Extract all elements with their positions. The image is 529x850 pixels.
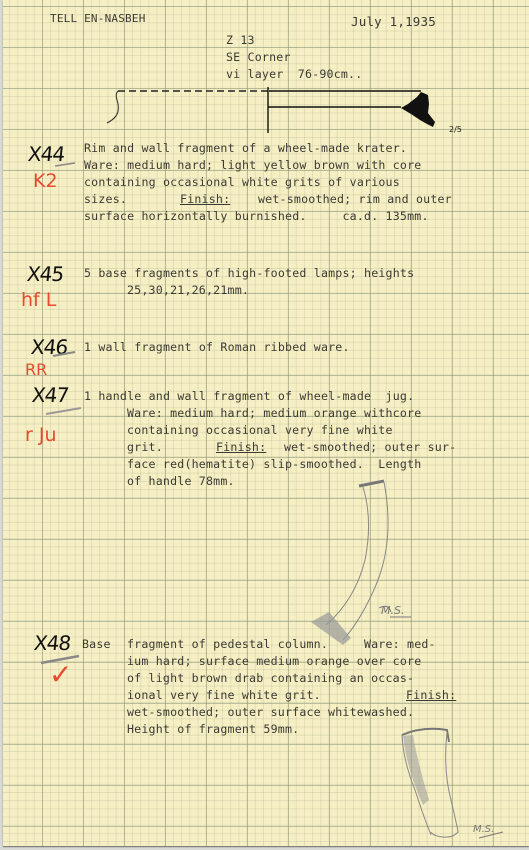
pencil-strokes xyxy=(3,0,529,850)
record-card: TELL EN-NASBEH July 1,1935 Z 13 SE Corne… xyxy=(3,0,529,846)
